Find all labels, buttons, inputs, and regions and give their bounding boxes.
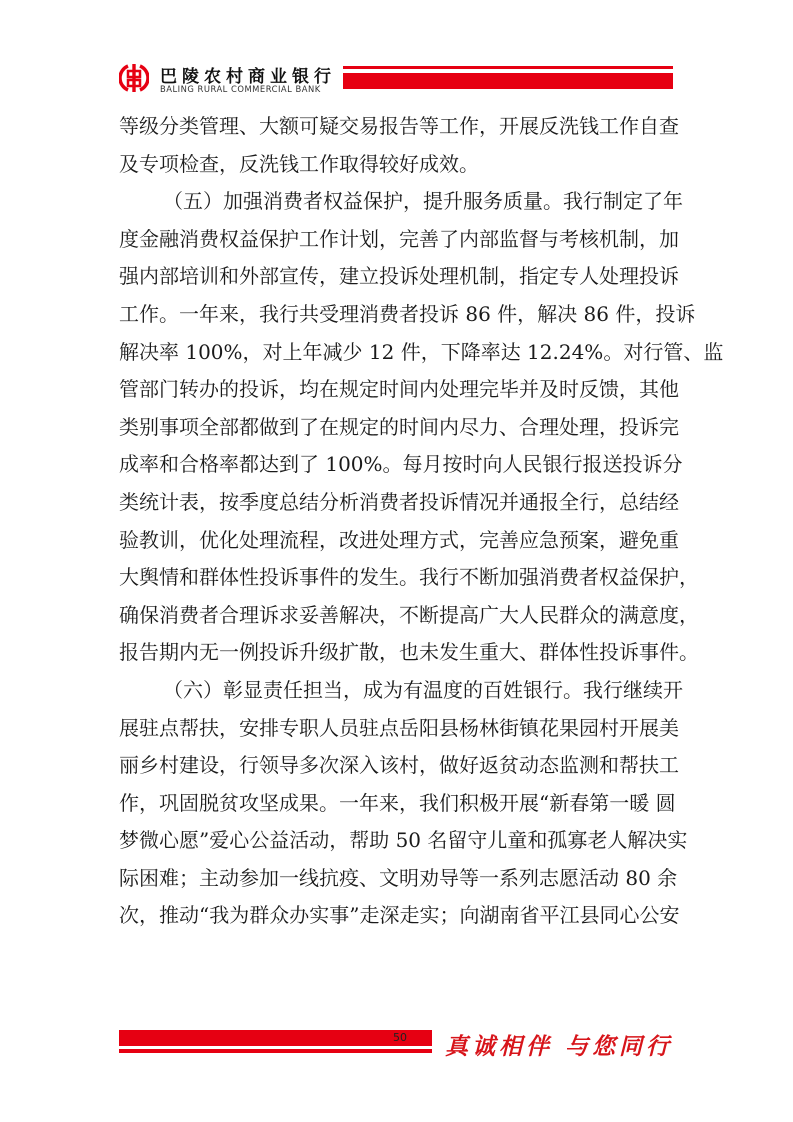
text-line: 梦微心愿”爱心公益活动，帮助 50 名留守儿童和孤寡老人解决实: [119, 822, 675, 860]
text-line: 际困难；主动参加一线抗疫、文明劝导等一系列志愿活动 80 余: [119, 860, 675, 898]
text-line: 确保消费者合理诉求妥善解决，不断提高广大人民群众的满意度，: [119, 597, 675, 635]
text-line: 等级分类管理、大额可疑交易报告等工作，开展反洗钱工作自查: [119, 108, 675, 146]
text-line: （六）彰显责任担当，成为有温度的百姓银行。我行继续开: [119, 672, 675, 710]
text-line: 成率和合格率都达到了 100%。每月按时向人民银行报送投诉分: [119, 446, 675, 484]
text-line: 次，推动“我为群众办实事”走深走实；向湖南省平江县同心公安: [119, 897, 675, 935]
footer-thin-bar: [119, 1049, 432, 1053]
text-line: 大舆情和群体性投诉事件的发生。我行不断加强消费者权益保护，: [119, 559, 675, 597]
bank-logo-icon: [119, 62, 149, 94]
footer-thick-bar: [119, 1030, 432, 1046]
text-line: 丽乡村建设，行领导多次深入该村，做好返贫动态监测和帮扶工: [119, 747, 675, 785]
footer-slogan: 真诚相伴 与您同行: [445, 1028, 673, 1061]
document-body: 等级分类管理、大额可疑交易报告等工作，开展反洗钱工作自查及专项检查，反洗钱工作取…: [119, 108, 675, 935]
text-line: 度金融消费权益保护工作计划，完善了内部监督与考核机制，加: [119, 221, 675, 259]
text-line: 类别事项全部都做到了在规定的时间内尽力、合理处理，投诉完: [119, 409, 675, 447]
text-line: （五）加强消费者权益保护，提升服务质量。我行制定了年: [119, 183, 675, 221]
page-number: 50: [388, 1030, 412, 1046]
text-line: 作，巩固脱贫攻坚成果。一年来，我们积极开展“新春第一暖 圆: [119, 785, 675, 823]
header-thin-bar: [343, 66, 673, 69]
text-line: 类统计表，按季度总结分析消费者投诉情况并通报全行，总结经: [119, 484, 675, 522]
text-line: 报告期内无一例投诉升级扩散，也未发生重大、群体性投诉事件。: [119, 634, 675, 672]
text-line: 管部门转办的投诉，均在规定时间内处理完毕并及时反馈，其他: [119, 371, 675, 409]
header-thick-bar: [343, 73, 673, 89]
text-line: 及专项检查，反洗钱工作取得较好成效。: [119, 146, 675, 184]
text-line: 强内部培训和外部宣传，建立投诉处理机制，指定专人处理投诉: [119, 258, 675, 296]
bank-name-en: BALING RURAL COMMERCIAL BANK: [160, 84, 321, 94]
text-line: 展驻点帮扶，安排专职人员驻点岳阳县杨林街镇花果园村开展美: [119, 710, 675, 748]
text-line: 解决率 100%，对上年减少 12 件，下降率达 12.24%。对行管、监: [119, 334, 675, 372]
text-line: 验教训，优化处理流程，改进处理方式，完善应急预案，避免重: [119, 522, 675, 560]
text-line: 工作。一年来，我行共受理消费者投诉 86 件，解决 86 件，投诉: [119, 296, 675, 334]
